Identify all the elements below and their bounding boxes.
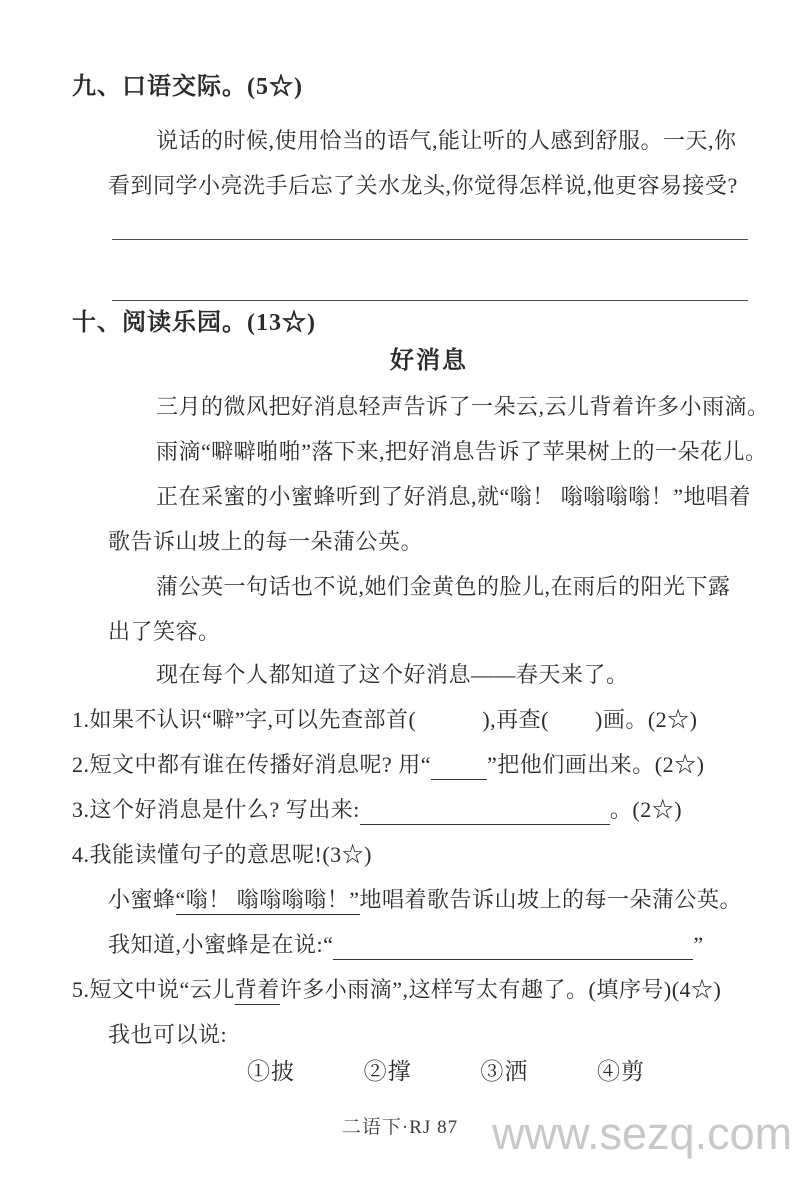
question-3-blank [360, 800, 610, 825]
passage-title: 好消息 [110, 346, 748, 376]
question-1-paren-gap-2 [549, 726, 595, 727]
passage-line-4: 歌告诉山坡上的每一朵蒲公英。 [108, 527, 423, 557]
question-3: 3.这个好消息是什么? 写出来:。(2☆) [72, 795, 682, 825]
option-4: ④剪 [597, 1057, 645, 1087]
question-4-underlined-phrase: “嗡！ 嗡嗡嗡嗡！” [176, 887, 360, 915]
question-5-prompt: 我也可以说: [108, 1020, 227, 1050]
watermark-text: www.sezq.com [492, 1104, 792, 1164]
question-3-text-b: 。(2☆) [610, 797, 682, 822]
option-3: ③洒 [480, 1057, 528, 1087]
question-4-answer-pre: 我知道,小蜜蜂是在说:“ [108, 932, 333, 957]
question-4-answer-post: ” [693, 932, 703, 957]
question-5: 5.短文中说“云儿背着许多小雨滴”,这样写太有趣了。(填序号)(4☆) [72, 975, 721, 1005]
question-4-answer-line: 我知道,小蜜蜂是在说:“” [108, 930, 704, 960]
question-4: 4.我能读懂句子的意思呢!(3☆) [72, 840, 372, 870]
question-4-blank [333, 935, 693, 960]
answer-line-1 [112, 239, 748, 240]
passage-line-6: 出了笑容。 [108, 617, 221, 647]
question-5-text-a: 5.短文中说“云儿 [72, 977, 235, 1002]
question-5-text-b: 许多小雨滴”,这样写太有趣了。(填序号)(4☆) [280, 977, 722, 1002]
question-2: 2.短文中都有谁在传播好消息呢? 用“”把他们画出来。(2☆) [72, 750, 704, 780]
worksheet-page: 九、口语交际。(5☆) 说话的时候,使用恰当的语气,能让听的人感到舒服。一天,你… [0, 0, 800, 1179]
question-1-text-c: )画。(2☆) [595, 707, 697, 732]
question-1: 1.如果不认识“噼”字,可以先查部首(),再查()画。(2☆) [72, 705, 698, 735]
question-3-text-a: 3.这个好消息是什么? 写出来: [72, 797, 360, 822]
section9-heading: 九、口语交际。(5☆) [72, 72, 303, 102]
passage-line-7: 现在每个人都知道了这个好消息——春天来了。 [156, 660, 629, 690]
option-1: ①披 [247, 1057, 295, 1087]
question-4-quoted-sentence: 小蜜蜂“嗡！ 嗡嗡嗡嗡！”地唱着歌告诉山坡上的每一朵蒲公英。 [108, 885, 742, 915]
question-2-blank [431, 755, 487, 780]
question-2-text-a: 2.短文中都有谁在传播好消息呢? 用“ [72, 752, 431, 777]
question-4-sentence-post: 地唱着歌告诉山坡上的每一朵蒲公英。 [360, 887, 743, 912]
passage-line-2: 雨滴“噼噼啪啪”落下来,把好消息告诉了苹果树上的一朵花儿。 [156, 437, 768, 467]
passage-line-3: 正在采蜜的小蜜蜂听到了好消息,就“嗡！ 嗡嗡嗡嗡！”地唱着 [156, 482, 751, 512]
passage-line-1: 三月的微风把好消息轻声告诉了一朵云,云儿背着许多小雨滴。 [156, 392, 770, 422]
question-4-sentence-pre: 小蜜蜂 [108, 887, 176, 912]
section9-paragraph-line2: 看到同学小亮洗手后忘了关水龙头,你觉得怎样说,他更容易接受? [108, 171, 738, 201]
section10-heading: 十、阅读乐园。(13☆) [72, 308, 316, 338]
question-1-text-b: ),再查( [482, 707, 549, 732]
question-5-options: ①披 ②撑 ③洒 ④剪 [247, 1057, 645, 1087]
question-5-underlined-word: 背着 [235, 977, 280, 1005]
passage-line-5: 蒲公英一句话也不说,她们金黄色的脸儿,在雨后的阳光下露 [156, 572, 731, 602]
section9-paragraph-line1: 说话的时候,使用恰当的语气,能让听的人感到舒服。一天,你 [156, 126, 737, 156]
question-2-text-b: ”把他们画出来。(2☆) [487, 752, 704, 777]
answer-line-2 [112, 300, 748, 301]
question-1-paren-gap-1 [416, 726, 482, 727]
question-1-text-a: 1.如果不认识“噼”字,可以先查部首( [72, 707, 416, 732]
option-2: ②撑 [364, 1057, 412, 1087]
